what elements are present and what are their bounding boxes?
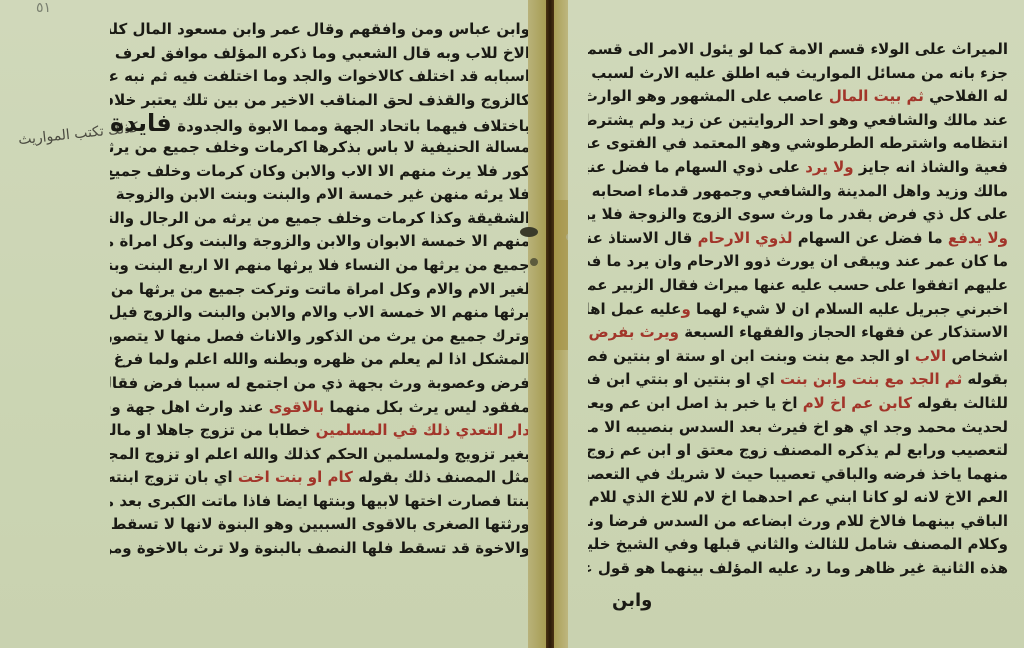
rubric-text: كام او بنت اخت [238,468,353,486]
manuscript-line: له الفلاحي ثم بيت المال عاصب على المشهور… [588,85,1008,109]
binding-hole [530,258,538,266]
manuscript-line: وكلام المصنف شامل للثالث والثاني قبلها و… [588,533,1008,557]
manuscript-line: عند مالك والشافعي وهو احد الروايتين عن ز… [588,109,1008,133]
manuscript-line: الاستذكار عن فقهاء الحجاز والفقهاء السبع… [588,321,1008,345]
manuscript-line: اسبابه قد اختلف كالاخوات والجد وما اختلف… [110,65,530,89]
manuscript-line: فلا يرثه منهن غير خمسة الام والبنت وبنت … [110,183,530,207]
catchword: وابن [612,590,652,611]
rubric-text: ثم بيت المال [829,87,924,105]
manuscript-line: الميراث على الولاء قسم الامة كما لو يئول… [588,38,1008,62]
section-heading: فايدة [110,112,172,136]
manuscript-line: ورثتها الصغرى بالاقوى السببين وهو البنوة… [110,513,530,537]
manuscript-line: باختلاف فيهما باتحاد الجهة ومما الابوة و… [110,112,530,136]
manuscript-line: دار التعدي ذلك في المسلمين خطابا من تزوج… [110,419,530,443]
rubric-text: ويرث بفرض وعصوبة [588,323,679,341]
rubric-text: الاب [915,347,946,365]
manuscript-line: الاخ للاب وبه قال الشعبي وما ذكره المؤلف… [110,42,530,66]
manuscript-line: منهما ياخذ فرضه والباقي تعصيبا حيث لا شر… [588,463,1008,487]
manuscript-line: على كل ذي فرض بقدر ما ورث سوى الزوج والز… [588,203,1008,227]
manuscript-line: المشكل اذا لم يعلم من ظهره وبطنه والله ا… [110,348,530,372]
manuscript-line: مثل المصنف ذلك بقوله كام او بنت اخت اي ب… [110,466,530,490]
manuscript-line: وترك جميع من يرث من الذكور والاناث فصل م… [110,325,530,349]
rubric-text: ثم الجد مع بنت وابن بنت [780,370,962,388]
rubric-text: دار التعدي ذلك في المسلمين [316,421,530,439]
manuscript-spread: ٥١ كذلك تكتب المواريث وابن عباس ومن وافق… [0,0,1024,648]
manuscript-line: هذه الثانية غير ظاهر وما رد عليه المؤلف … [588,557,1008,581]
rubric-text: لذوي الارحام [698,229,793,247]
manuscript-line: عليهم اتفقوا على حسب عليه عنها ميراث فقا… [588,274,1008,298]
manuscript-line: مالك وزيد واهل المدينة والشافعي وجمهور ق… [588,180,1008,204]
manuscript-line: لغير الام والام وكل امراة ماتت وتركت جمي… [110,278,530,302]
rubric-text: و [681,300,690,318]
manuscript-line: مفقود ليس يرث بكل منهما بالاقوى عند وارث… [110,396,530,420]
manuscript-line: بغير تزويج ولمسلمين الحكم كذلك والله اعل… [110,443,530,467]
manuscript-line: فرض وعصوبة ورث بجهة ذي من اجتمع له سببا … [110,372,530,396]
manuscript-line: اشخاص الاب او الجد مع بنت وبنت ابن او ست… [588,345,1008,369]
manuscript-line: كالزوج والقذف لحق المناقب الاخير من بين … [110,89,530,113]
manuscript-line: اخبرني جبريل عليه السلام ان لا شيء لهما … [588,298,1008,322]
gutter-left [528,0,548,648]
manuscript-line: الشقيقة وكذا كرمات وخلف جميع من يرثه من … [110,207,530,231]
manuscript-line: مسالة الحنيفية لا باس بذكرها اكرمات وخلف… [110,136,530,160]
rubric-text: ولا يدفع [948,229,1008,247]
manuscript-line: انتظامه واشترطه الطرطوشي وهو المعتمد في … [588,132,1008,156]
left-page: ٥١ كذلك تكتب المواريث وابن عباس ومن وافق… [0,0,528,648]
manuscript-line: يرثها منهم الا خمسة الاب والام والابن وا… [110,301,530,325]
right-text-block: الميراث على الولاء قسم الامة كما لو يئول… [588,38,1008,581]
manuscript-line: ولا يدفع ما فضل عن السهام لذوي الارحام ق… [588,227,1008,251]
manuscript-line: بقوله ثم الجد مع بنت وابن بنت اي او بنتي… [588,368,1008,392]
manuscript-line: جزء بانه من مسائل المواريث فيه اطلق عليه… [588,62,1008,86]
manuscript-line: لتعصيب ورابع لم يذكره المصنف زوج معتق او… [588,439,1008,463]
manuscript-line: للثالث بقوله كابن عم اخ لام اخ يا خبر بذ… [588,392,1008,416]
rubric-text: ولا يرد [805,158,853,176]
folio-number: ٥١ [36,0,51,16]
manuscript-line: وابن عباس ومن وافقهم وقال عمر وابن مسعود… [110,18,530,42]
manuscript-line: والاخوة قد تسقط فلها النصف بالبنوة ولا ت… [110,537,530,561]
left-text-block: وابن عباس ومن وافقهم وقال عمر وابن مسعود… [110,18,530,561]
manuscript-line: جميع من يرثها من النساء فلا يرثها منهم ا… [110,254,530,278]
binding-hole [520,227,538,237]
manuscript-line: فعية والشاذ انه جايز ولا يرد على ذوي الس… [588,156,1008,180]
manuscript-line: بنتا فصارت اختها لابيها وبنتها ايضا فاذا… [110,490,530,514]
manuscript-line: منهم الا خمسة الابوان والابن والزوجة وال… [110,230,530,254]
book-spine [546,0,554,648]
manuscript-line: كور فلا يرث منهم الا الاب والابن وكان كر… [110,160,530,184]
manuscript-line: العم الاخ لانه لو كانا ابني عم احدهما اخ… [588,486,1008,510]
rubric-text: بالاقوى [269,398,324,416]
manuscript-line: لحديث محمد وجد اي هو اخ فيرث بعد السدس ب… [588,416,1008,440]
right-page: الميراث على الولاء قسم الامة كما لو يئول… [568,0,1024,648]
rubric-text: كابن عم اخ لام [803,394,912,412]
manuscript-line: ما كان عمر عند ويبقى ان يورث ذوو الارحام… [588,250,1008,274]
manuscript-line: الباقي بينهما فالاخ للام ورث ابضاعه من ا… [588,510,1008,534]
